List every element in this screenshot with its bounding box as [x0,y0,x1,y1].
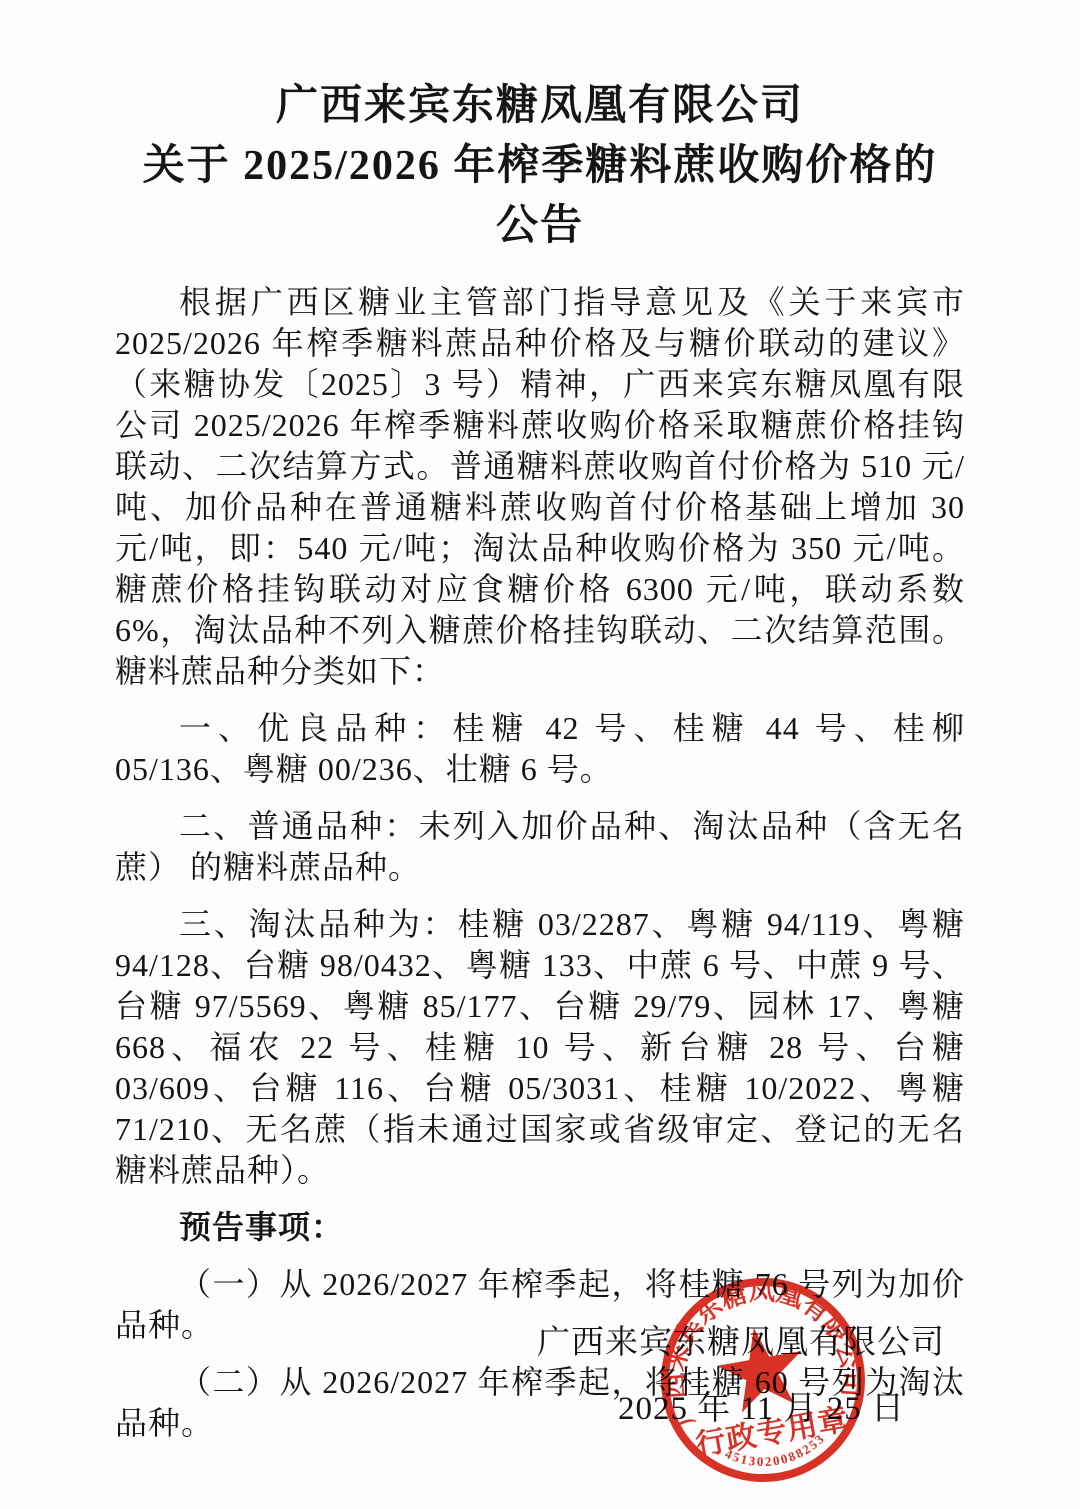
document-page: 广西来宾东糖凤凰有限公司 关于 2025/2026 年榨季糖料蔗收购价格的 公告… [0,0,1080,1509]
document-content: 广西来宾东糖凤凰有限公司 关于 2025/2026 年榨季糖料蔗收购价格的 公告… [0,0,1080,1444]
paragraph-premium-varieties: 一、优良品种：桂糖 42 号、桂糖 44 号、桂柳 05/136、粤糖 00/2… [115,708,965,790]
notice-heading: 预告事项： [115,1207,965,1248]
star-icon [712,1320,810,1415]
title-announcement-word: 公告 [115,196,965,256]
paragraph-intro: 根据广西区糖业主管部门指导意见及《关于来宾市 2025/2026 年榨季糖料蔗品… [115,282,965,692]
title-subject-line: 关于 2025/2026 年榨季糖料蔗收购价格的 [115,136,965,196]
paragraph-eliminated-varieties: 三、淘汰品种为：桂糖 03/2287、粤糖 94/119、粤糖 94/128、台… [115,904,965,1191]
page-title: 广西来宾东糖凤凰有限公司 关于 2025/2026 年榨季糖料蔗收购价格的 公告 [115,76,965,256]
paragraph-ordinary-varieties: 二、普通品种：未列入加价品种、淘汰品种（含无名蔗） 的糖料蔗品种。 [115,806,965,888]
signature-block: 广西来宾东糖凤凰有限公司 2025 年 11 月 25 日 广西来宾东糖凤凰有限… [0,1245,1080,1509]
company-seal: 广西来宾东糖凤凰有限公司 行政专用章 4513020088253 [653,1270,873,1490]
title-company-line: 广西来宾东糖凤凰有限公司 [115,76,965,136]
